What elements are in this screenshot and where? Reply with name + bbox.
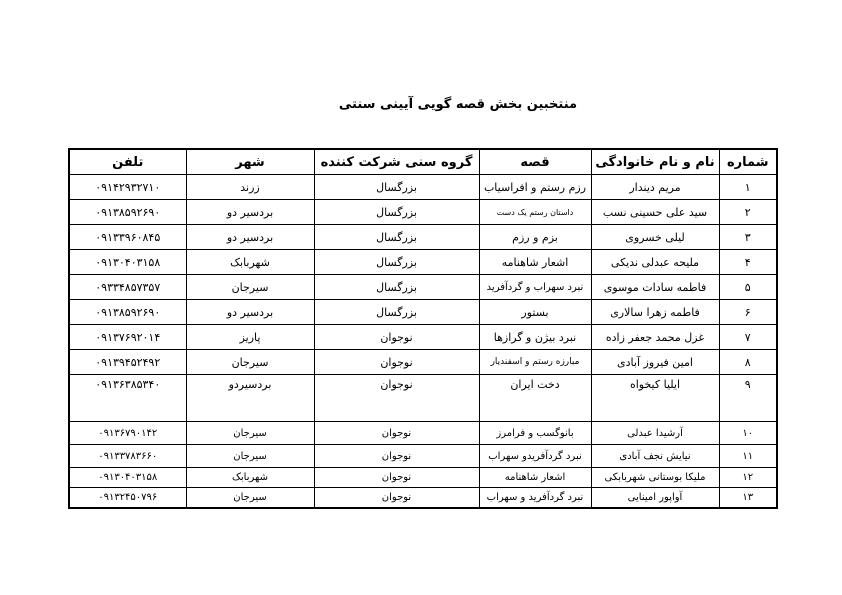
- cell-name: امین فیروز آبادی: [591, 350, 719, 375]
- table-row: ۴ملیحه عبدلی ندیکیاشعار شاهنامهبزرگسالشه…: [69, 250, 777, 275]
- column-header-num: شماره: [719, 149, 777, 175]
- cell-city: شهربابک: [186, 250, 314, 275]
- cell-name: نیایش نجف آبادی: [591, 445, 719, 468]
- cell-num: ۹: [719, 375, 777, 422]
- cell-city: بردسیر دو: [186, 225, 314, 250]
- cell-num: ۱۱: [719, 445, 777, 468]
- cell-age: نوجوان: [314, 488, 479, 508]
- cell-age: نوجوان: [314, 325, 479, 350]
- cell-story: داستان رستم یک دست: [479, 200, 591, 225]
- cell-story: مبارزه رستم و اسفندیار: [479, 350, 591, 375]
- cell-num: ۵: [719, 275, 777, 300]
- cell-phone: ۰۹۱۳۳۷۸۳۶۶۰: [69, 445, 186, 468]
- cell-story: دخت ایران: [479, 375, 591, 422]
- cell-story: رزم رستم و افراسیاب: [479, 175, 591, 200]
- cell-phone: ۰۹۱۳۷۶۹۲۰۱۴: [69, 325, 186, 350]
- cell-phone: ۰۹۱۳۶۷۹۰۱۴۲: [69, 422, 186, 445]
- cell-city: بردسیر دو: [186, 300, 314, 325]
- cell-age: نوجوان: [314, 445, 479, 468]
- cell-story: اشعار شاهنامه: [479, 250, 591, 275]
- column-header-name: نام و نام خانوادگی: [591, 149, 719, 175]
- cell-phone: ۰۹۱۳۸۵۹۲۶۹۰: [69, 200, 186, 225]
- cell-age: نوجوان: [314, 422, 479, 445]
- cell-num: ۷: [719, 325, 777, 350]
- cell-city: پاریز: [186, 325, 314, 350]
- table-row: ۱۱نیایش نجف آبادینبرد گردآفریدو سهرابنوج…: [69, 445, 777, 468]
- cell-name: آرشیدا عبدلی: [591, 422, 719, 445]
- cell-story: بزم و رزم: [479, 225, 591, 250]
- cell-phone: ۰۹۱۳۰۴۰۳۱۵۸: [69, 468, 186, 488]
- column-header-story: قصه: [479, 149, 591, 175]
- cell-num: ۱: [719, 175, 777, 200]
- cell-city: سیرجان: [186, 445, 314, 468]
- cell-story: نبرد بیژن و گرازها: [479, 325, 591, 350]
- cell-story: بستور: [479, 300, 591, 325]
- cell-num: ۶: [719, 300, 777, 325]
- cell-name: ملیکا بوستانی شهربابکی: [591, 468, 719, 488]
- cell-name: آواپور امینایی: [591, 488, 719, 508]
- cell-age: بزرگسال: [314, 300, 479, 325]
- table-row: ۹ایلیا کیخواهدخت ایراننوجوانبردسیردو۰۹۱۳…: [69, 375, 777, 422]
- cell-name: سید علی حسینی نسب: [591, 200, 719, 225]
- cell-city: بردسیر دو: [186, 200, 314, 225]
- table-row: ۶فاطمه زهرا سالاریبستوربزرگسالبردسیر دو۰…: [69, 300, 777, 325]
- cell-story: نبرد سهراب و گردآفرید: [479, 275, 591, 300]
- cell-city: سیرجان: [186, 275, 314, 300]
- cell-name: لیلی خسروی: [591, 225, 719, 250]
- cell-phone: ۰۹۱۳۶۳۸۵۳۴۰: [69, 375, 186, 422]
- cell-phone: ۰۹۱۳۳۹۶۰۸۴۵: [69, 225, 186, 250]
- column-header-phone: تلفن: [69, 149, 186, 175]
- cell-name: فاطمه سادات موسوی: [591, 275, 719, 300]
- cell-num: ۱۰: [719, 422, 777, 445]
- cell-age: نوجوان: [314, 350, 479, 375]
- cell-phone: ۰۹۳۳۴۸۵۷۳۵۷: [69, 275, 186, 300]
- cell-num: ۱۳: [719, 488, 777, 508]
- cell-story: بانوگسب و فرامرز: [479, 422, 591, 445]
- results-table: شماره نام و نام خانوادگی قصه گروه سنی شر…: [68, 148, 778, 509]
- cell-age: بزرگسال: [314, 225, 479, 250]
- column-header-age: گروه سنی شرکت کننده: [314, 149, 479, 175]
- table-row: ۸امین فیروز آبادیمبارزه رستم و اسفندیارن…: [69, 350, 777, 375]
- table-row: ۱۳آواپور امینایینبرد گردآفرید و سهرابنوج…: [69, 488, 777, 508]
- column-header-city: شهر: [186, 149, 314, 175]
- cell-phone: ۰۹۱۳۹۴۵۲۴۹۲: [69, 350, 186, 375]
- cell-story: اشعار شاهنامه: [479, 468, 591, 488]
- cell-name: ملیحه عبدلی ندیکی: [591, 250, 719, 275]
- cell-age: نوجوان: [314, 375, 479, 422]
- cell-phone: ۰۹۱۳۰۴۰۳۱۵۸: [69, 250, 186, 275]
- cell-num: ۳: [719, 225, 777, 250]
- cell-name: ایلیا کیخواه: [591, 375, 719, 422]
- table-row: ۳لیلی خسرویبزم و رزمبزرگسالبردسیر دو۰۹۱۳…: [69, 225, 777, 250]
- cell-name: فاطمه زهرا سالاری: [591, 300, 719, 325]
- cell-story: نبرد گردآفریدو سهراب: [479, 445, 591, 468]
- cell-city: سیرجان: [186, 422, 314, 445]
- cell-name: مریم دیندار: [591, 175, 719, 200]
- cell-age: نوجوان: [314, 468, 479, 488]
- cell-age: بزرگسال: [314, 275, 479, 300]
- cell-phone: ۰۹۱۳۲۴۵۰۷۹۶: [69, 488, 186, 508]
- cell-name: غزل محمد جعفر زاده: [591, 325, 719, 350]
- table-row: ۲سید علی حسینی نسبداستان رستم یک دستبزرگ…: [69, 200, 777, 225]
- cell-age: بزرگسال: [314, 250, 479, 275]
- cell-age: بزرگسال: [314, 175, 479, 200]
- page-title: منتخبین بخش قصه گویی آیینی سنتی: [37, 97, 842, 112]
- cell-story: نبرد گردآفرید و سهراب: [479, 488, 591, 508]
- table-row: ۱مریم دینداررزم رستم و افراسیاببزرگسالزر…: [69, 175, 777, 200]
- cell-city: سیرجان: [186, 488, 314, 508]
- cell-city: زرند: [186, 175, 314, 200]
- document-page: منتخبین بخش قصه گویی آیینی سنتی شماره نا…: [0, 0, 842, 595]
- cell-city: سیرجان: [186, 350, 314, 375]
- cell-city: شهربابک: [186, 468, 314, 488]
- cell-num: ۲: [719, 200, 777, 225]
- cell-age: بزرگسال: [314, 200, 479, 225]
- table-row: ۱۲ملیکا بوستانی شهربابکیاشعار شاهنامهنوج…: [69, 468, 777, 488]
- table-row: ۷غزل محمد جعفر زادهنبرد بیژن و گرازهانوج…: [69, 325, 777, 350]
- cell-num: ۸: [719, 350, 777, 375]
- cell-phone: ۰۹۱۴۲۹۳۲۷۱۰: [69, 175, 186, 200]
- table-header-row: شماره نام و نام خانوادگی قصه گروه سنی شر…: [69, 149, 777, 175]
- cell-num: ۴: [719, 250, 777, 275]
- cell-num: ۱۲: [719, 468, 777, 488]
- cell-city: بردسیردو: [186, 375, 314, 422]
- table-body: ۱مریم دینداررزم رستم و افراسیاببزرگسالزر…: [69, 175, 777, 508]
- table-row: ۵فاطمه سادات موسوینبرد سهراب و گردآفریدب…: [69, 275, 777, 300]
- cell-phone: ۰۹۱۳۸۵۹۲۶۹۰: [69, 300, 186, 325]
- table-row: ۱۰آرشیدا عبدلیبانوگسب و فرامرزنوجوانسیرج…: [69, 422, 777, 445]
